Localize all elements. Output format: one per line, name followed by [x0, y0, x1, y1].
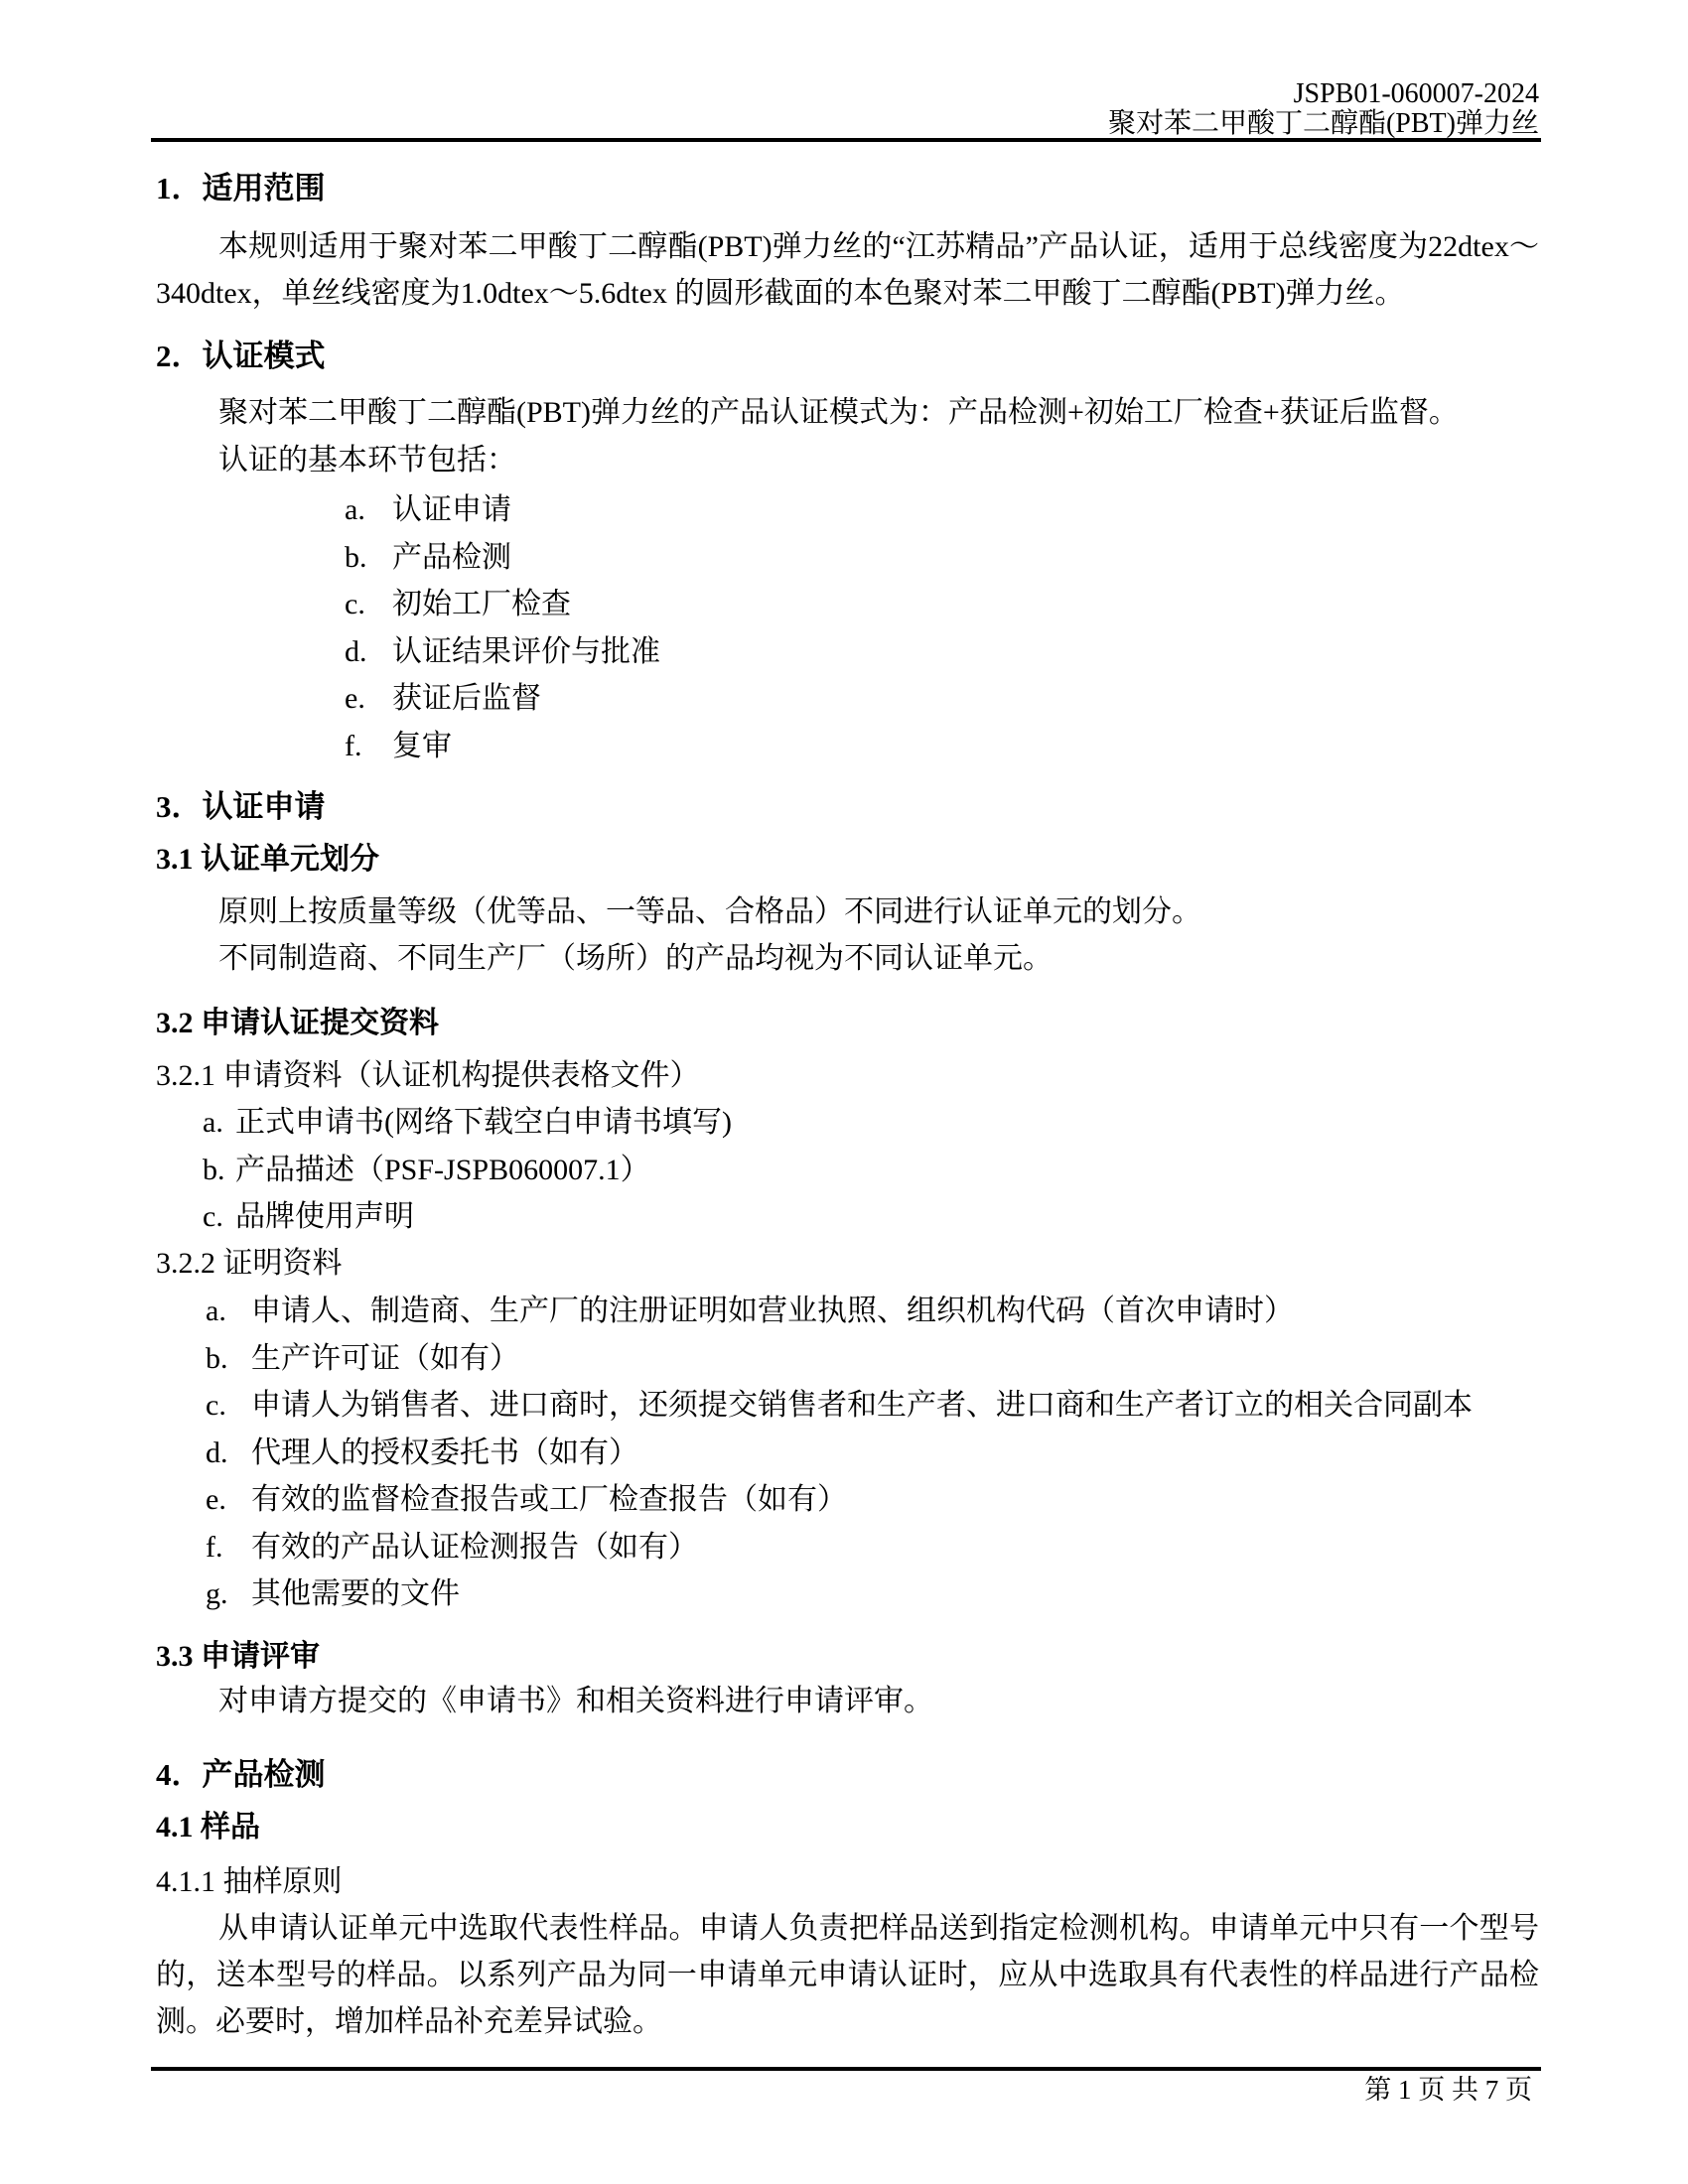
list-item: d.认证结果评价与批准	[345, 628, 1539, 676]
item-label: 正式申请书(网络下载空白申请书填写)	[235, 1106, 732, 1139]
section-3-1-paragraph-1: 原则上按质量等级（优等品、一等品、合格品）不同进行认证单元的划分。	[156, 888, 1539, 935]
list-item: b.产品检测	[345, 534, 1539, 582]
item-marker: d.	[345, 628, 392, 676]
doc-title: 聚对苯二甲酸丁二醇酯(PBT)弹力丝	[156, 109, 1539, 139]
section-2-number: 2．	[156, 333, 203, 379]
list-item: g.其他需要的文件	[206, 1570, 1539, 1618]
section-3-2-1-heading: 3.2.1 申请资料（认证机构提供表格文件）	[156, 1052, 1539, 1099]
section-3-3-heading: 3.3 申请评审	[156, 1633, 1539, 1680]
item-label: 产品检测	[392, 541, 511, 574]
page-indicator: 第 1 页 共 7 页	[1364, 2075, 1532, 2105]
item-label: 产品描述（PSF-JSPB060007.1）	[235, 1154, 650, 1186]
section-4-title: 产品检测	[203, 1757, 326, 1792]
section-1-heading: 1．适用范围	[156, 165, 1539, 211]
section-4-number: 4．	[156, 1751, 203, 1798]
section-3-heading: 3．认证申请	[156, 783, 1539, 830]
section-1-paragraph: 本规则适用于聚对苯二甲酸丁二醇酯(PBT)弹力丝的“江苏精品”产品认证，适用于总…	[156, 223, 1539, 317]
item-label: 代理人的授权委托书（如有）	[251, 1436, 638, 1469]
list-item: b.产品描述（PSF-JSPB060007.1）	[203, 1147, 1539, 1194]
item-label: 复审	[392, 730, 452, 762]
section-4-1-1-paragraph: 从申请认证单元中选取代表性样品。申请人负责把样品送到指定检测机构。申请单元中只有…	[156, 1905, 1539, 2045]
section-3-2-heading: 3.2 申请认证提交资料	[156, 1000, 1539, 1046]
item-marker: f.	[206, 1524, 251, 1571]
section-3-2-1-list: a.正式申请书(网络下载空白申请书填写) b.产品描述（PSF-JSPB0600…	[156, 1099, 1539, 1241]
section-4-heading: 4．产品检测	[156, 1751, 1539, 1798]
list-item: e.获证后监督	[345, 675, 1539, 723]
list-item: d.代理人的授权委托书（如有）	[206, 1430, 1539, 1477]
item-marker: b.	[203, 1147, 235, 1194]
list-item: c.申请人为销售者、进口商时，还须提交销售者和生产者、进口商和生产者订立的相关合…	[206, 1382, 1539, 1430]
item-label: 其他需要的文件	[251, 1577, 460, 1610]
section-1-number: 1．	[156, 165, 203, 211]
item-marker: c.	[345, 581, 392, 628]
section-2-paragraph-2: 认证的基本环节包括：	[156, 437, 1539, 483]
list-item: e.有效的监督检查报告或工厂检查报告（如有）	[206, 1476, 1539, 1524]
header-rule	[151, 138, 1541, 142]
item-label: 生产许可证（如有）	[251, 1342, 519, 1375]
section-2-title: 认证模式	[203, 339, 326, 373]
item-label: 有效的监督检查报告或工厂检查报告（如有）	[251, 1483, 847, 1516]
section-3-3-paragraph: 对申请方提交的《申请书》和相关资料进行申请评审。	[156, 1678, 1539, 1724]
section-4-1-heading: 4.1 样品	[156, 1804, 1539, 1850]
item-marker: b.	[206, 1335, 251, 1383]
item-marker: a.	[206, 1288, 251, 1335]
item-marker: e.	[206, 1476, 251, 1524]
section-1-title: 适用范围	[203, 171, 326, 205]
list-item: a.认证申请	[345, 486, 1539, 534]
item-label: 申请人、制造商、生产厂的注册证明如营业执照、组织机构代码（首次申请时）	[251, 1295, 1294, 1327]
item-marker: b.	[345, 534, 392, 582]
section-3-number: 3．	[156, 783, 203, 830]
section-2-list: a.认证申请 b.产品检测 c.初始工厂检查 d.认证结果评价与批准 e.获证后…	[156, 486, 1539, 769]
list-item: f.有效的产品认证检测报告（如有）	[206, 1524, 1539, 1571]
item-marker: a.	[203, 1099, 235, 1147]
item-label: 申请人为销售者、进口商时，还须提交销售者和生产者、进口商和生产者订立的相关合同副…	[251, 1389, 1473, 1422]
item-label: 认证结果评价与批准	[392, 635, 660, 668]
section-3-title: 认证申请	[203, 789, 326, 824]
section-4-1-1-heading: 4.1.1 抽样原则	[156, 1858, 1539, 1905]
item-label: 认证申请	[392, 493, 511, 526]
item-marker: f.	[345, 723, 392, 770]
section-3-1-paragraph-2: 不同制造商、不同生产厂（场所）的产品均视为不同认证单元。	[156, 935, 1539, 982]
section-2-paragraph-1: 聚对苯二甲酸丁二醇酯(PBT)弹力丝的产品认证模式为：产品检测+初始工厂检查+获…	[156, 389, 1539, 436]
page-header: JSPB01-060007-2024 聚对苯二甲酸丁二醇酯(PBT)弹力丝	[156, 79, 1539, 139]
item-marker: g.	[206, 1570, 251, 1618]
section-3-1-heading: 3.1 认证单元划分	[156, 836, 1539, 883]
list-item: c.初始工厂检查	[345, 581, 1539, 628]
section-2-heading: 2．认证模式	[156, 333, 1539, 379]
list-item: c.品牌使用声明	[203, 1193, 1539, 1241]
item-marker: c.	[206, 1382, 251, 1430]
item-marker: d.	[206, 1430, 251, 1477]
item-label: 品牌使用声明	[235, 1200, 414, 1233]
doc-number: JSPB01-060007-2024	[156, 79, 1539, 109]
item-marker: a.	[345, 486, 392, 534]
item-label: 初始工厂检查	[392, 588, 571, 620]
item-label: 有效的产品认证检测报告（如有）	[251, 1531, 698, 1564]
section-3-2-2-heading: 3.2.2 证明资料	[156, 1240, 1539, 1287]
item-marker: e.	[345, 675, 392, 723]
item-label: 获证后监督	[392, 682, 541, 715]
list-item: a.申请人、制造商、生产厂的注册证明如营业执照、组织机构代码（首次申请时）	[206, 1288, 1539, 1335]
list-item: f.复审	[345, 723, 1539, 770]
list-item: b.生产许可证（如有）	[206, 1335, 1539, 1383]
section-3-2-2-list: a.申请人、制造商、生产厂的注册证明如营业执照、组织机构代码（首次申请时） b.…	[156, 1288, 1539, 1618]
item-marker: c.	[203, 1193, 235, 1241]
footer-rule	[151, 2067, 1541, 2071]
document-page: JSPB01-060007-2024 聚对苯二甲酸丁二醇酯(PBT)弹力丝 1．…	[0, 0, 1688, 2184]
list-item: a.正式申请书(网络下载空白申请书填写)	[203, 1099, 1539, 1147]
